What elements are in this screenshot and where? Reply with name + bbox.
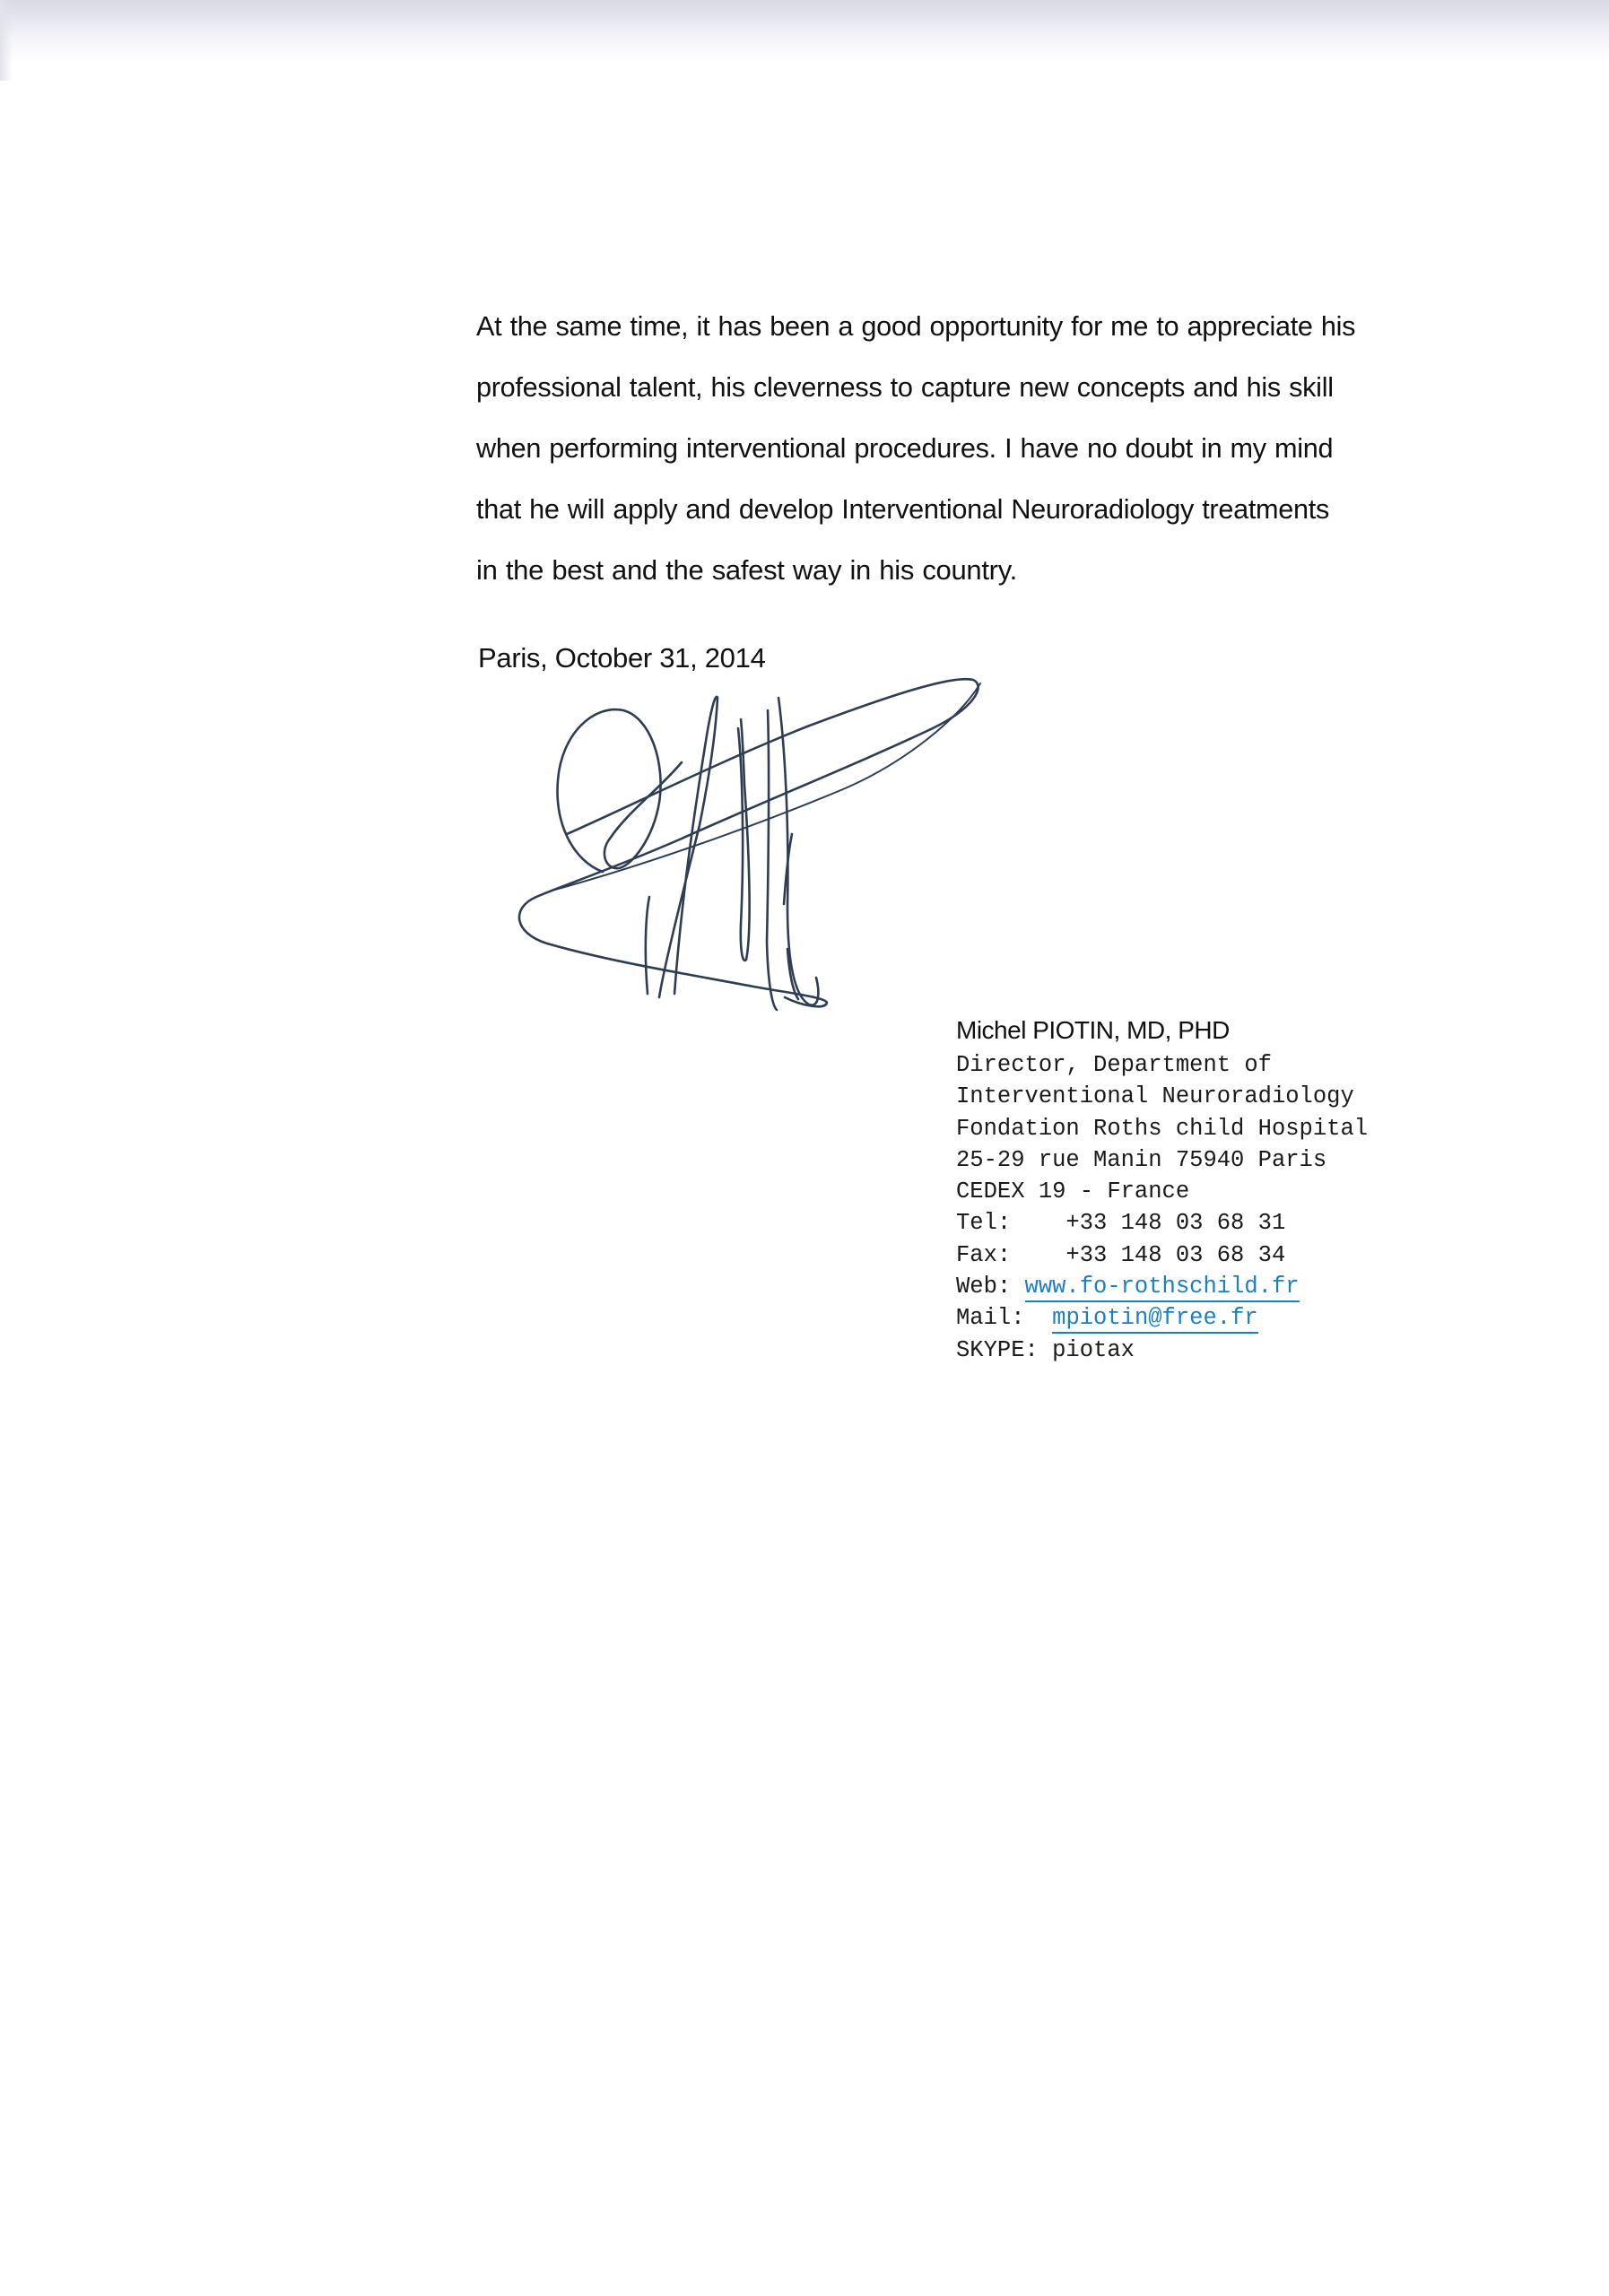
- scan-edge: [0, 0, 13, 81]
- skype-row: SKYPE: piotax: [956, 1335, 1368, 1366]
- skype-label: SKYPE:: [956, 1337, 1052, 1363]
- body-line: At the same time, it has been a good opp…: [476, 296, 1355, 357]
- letter-body: At the same time, it has been a good opp…: [476, 296, 1490, 601]
- tel-row: Tel: +33 148 03 68 31: [956, 1207, 1368, 1239]
- fax-row: Fax: +33 148 03 68 34: [956, 1239, 1368, 1271]
- address-line: 25-29 rue Manin 75940 Paris: [956, 1144, 1368, 1176]
- fax-value: +33 148 03 68 34: [1065, 1242, 1285, 1268]
- body-line: that he will apply and develop Intervent…: [476, 479, 1329, 540]
- tel-value: +33 148 03 68 31: [1065, 1210, 1285, 1236]
- date-line: Paris, October 31, 2014: [478, 642, 766, 674]
- web-label: Web:: [956, 1274, 1025, 1300]
- address-line: CEDEX 19 - France: [956, 1176, 1368, 1207]
- skype-value: piotax: [1052, 1337, 1135, 1363]
- mail-row: Mail: mpiotin@free.fr: [956, 1302, 1368, 1334]
- title-line: Interventional Neuroradiology: [956, 1081, 1368, 1112]
- mail-link[interactable]: mpiotin@free.fr: [1052, 1305, 1258, 1334]
- title-line: Director, Department of: [956, 1049, 1368, 1081]
- mail-label: Mail:: [956, 1305, 1039, 1331]
- body-line: when performing interventional procedure…: [476, 418, 1333, 479]
- organization: Fondation Roths child Hospital: [956, 1113, 1368, 1144]
- tel-label: Tel:: [956, 1210, 1065, 1236]
- web-link[interactable]: www.fo-rothschild.fr: [1025, 1274, 1300, 1302]
- fax-label: Fax:: [956, 1242, 1065, 1268]
- web-row: Web: www.fo-rothschild.fr: [956, 1271, 1368, 1302]
- contact-block: Michel PIOTIN, MD, PHD Director, Departm…: [956, 1012, 1368, 1366]
- body-line: in the best and the safest way in his co…: [476, 540, 1490, 601]
- signatory-name: Michel PIOTIN, MD, PHD: [956, 1012, 1368, 1049]
- body-line: professional talent, his cleverness to c…: [476, 357, 1334, 418]
- scan-shadow: [0, 0, 1609, 63]
